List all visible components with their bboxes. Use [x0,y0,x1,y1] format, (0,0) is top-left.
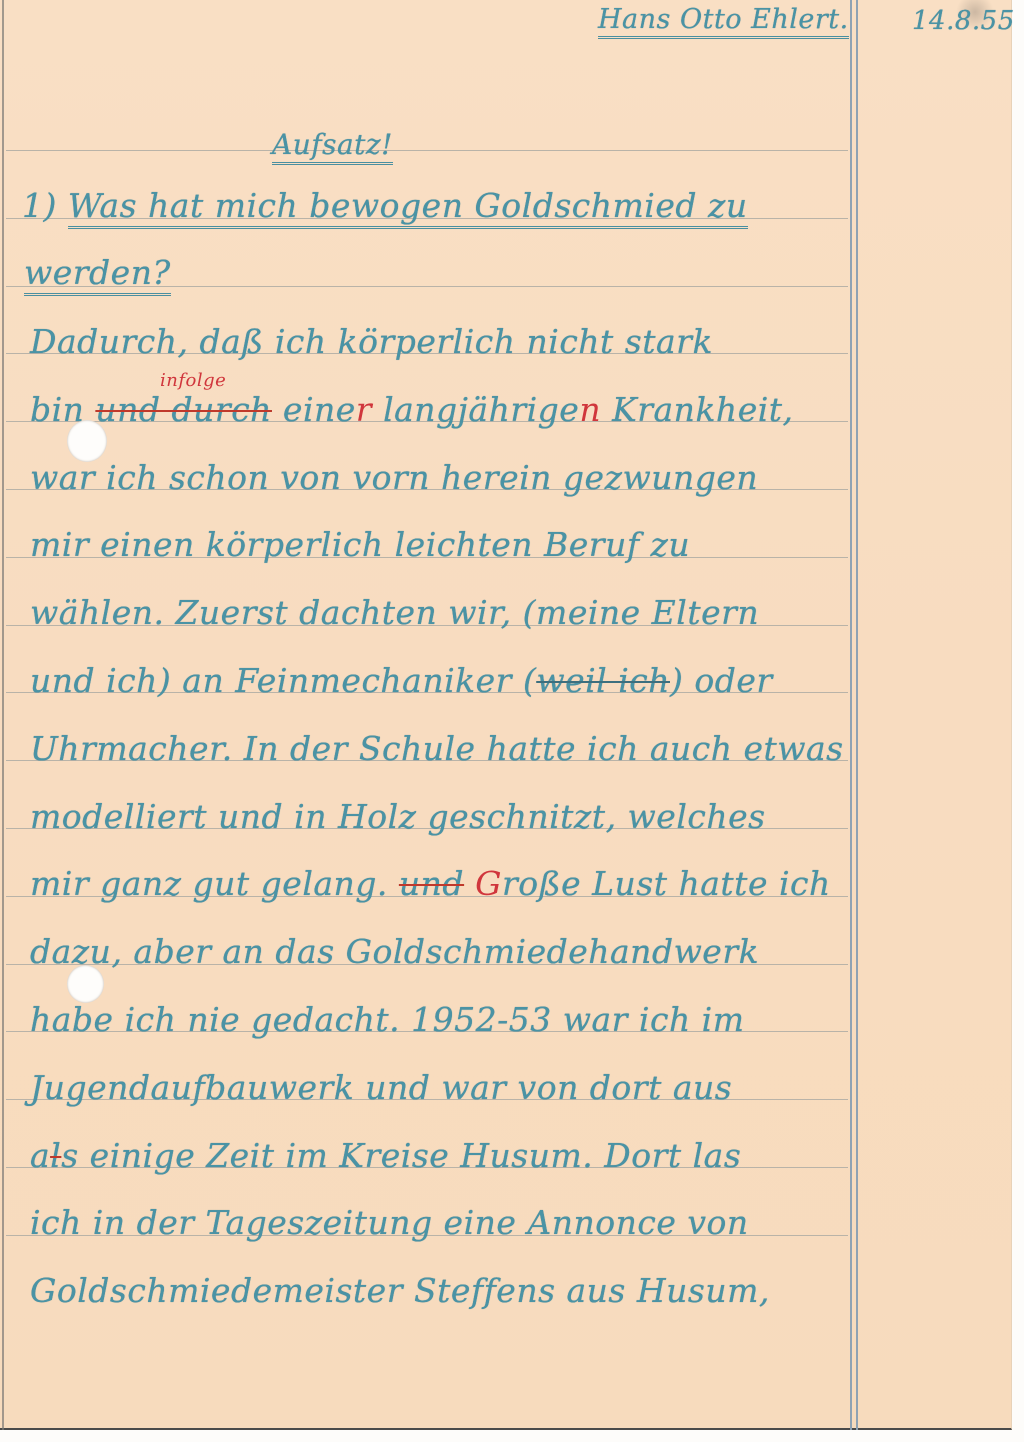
margin-line-inner [850,0,852,1430]
question-line-2: werden? [24,253,171,292]
paper-left-edge [2,0,4,1430]
question-line-1: 1) Was hat mich bewogen Goldschmied zu [22,186,748,225]
text-segment: langjährige [372,390,579,429]
text-segment: modelliert und in Holz geschnitzt, welch… [30,797,766,836]
essay-line: mir einen körperlich leichten Beruf zu [30,525,690,564]
question-number: 1) [22,186,57,225]
text-segment: s einige Zeit im Kreise Husum. Dort las [61,1136,741,1175]
correction-strike-red: und [399,864,464,903]
correction-red: G [475,864,502,903]
author-name-text: Hans Otto Ehlert. [598,4,849,39]
text-segment: Uhrmacher. In der Schule hatte ich auch … [30,729,844,768]
text-segment: mir einen körperlich leichten Beruf zu [30,525,690,564]
correction-strike: weil ich [536,661,670,700]
essay-line: Dadurch, daß ich körperlich nicht stark [30,322,713,361]
essay-line: Jugendaufbauwerk und war von dort aus [30,1068,732,1107]
teacher-correction-note: infolge [160,370,226,391]
essay-line: bin und durch einer langjährigen Krankhe… [30,390,794,429]
text-segment: dazu, aber an das Goldschmiedehandwerk [30,932,759,971]
margin-line-outer [856,0,858,1430]
correction-strike-red: und durch [95,390,272,429]
text-segment: mir ganz gut gelang. [30,864,399,903]
ruled-line [6,150,848,151]
essay-line: war ich schon von vorn herein gezwungen [30,458,758,497]
text-segment: Jugendaufbauwerk und war von dort aus [30,1068,732,1107]
essay-line: dazu, aber an das Goldschmiedehandwerk [30,932,759,971]
essay-line: modelliert und in Holz geschnitzt, welch… [30,797,766,836]
essay-line: mir ganz gut gelang. und Große Lust hatt… [30,864,831,903]
essay-line: Goldschmiedemeister Steffens aus Husum, [30,1271,770,1310]
text-segment: Krankheit, [601,390,793,429]
paper-sheet: Hans Otto Ehlert. 14.8.55 Aufsatz! 1) Wa… [0,0,1012,1430]
text-segment: und ich) an Feinmechaniker ( [30,661,536,700]
text-segment: a [30,1136,50,1175]
essay-line: habe ich nie gedacht. 1952-53 war ich im [30,1000,745,1039]
question-text-1: Was hat mich bewogen Goldschmied zu [68,186,748,229]
text-segment [464,864,475,903]
document-title: Aufsatz! [272,128,393,161]
text-segment: wählen. Zuerst dachten wir, (meine Elter… [30,593,759,632]
text-segment: roße Lust hatte ich [502,864,831,903]
text-segment: eine [272,390,356,429]
text-segment: ich in der Tageszeitung eine Annonce von [30,1203,749,1242]
text-segment: Dadurch, daß ich körperlich nicht stark [30,322,713,361]
correction-red: r [356,390,372,429]
text-segment: ) oder [670,661,773,700]
text-segment: bin [30,390,95,429]
date: 14.8.55 [912,6,1015,36]
author-name: Hans Otto Ehlert. [598,4,849,35]
essay-line: wählen. Zuerst dachten wir, (meine Elter… [30,593,759,632]
essay-line: ich in der Tageszeitung eine Annonce von [30,1203,749,1242]
correction-strike-red: l [50,1136,61,1175]
essay-line: als einige Zeit im Kreise Husum. Dort la… [30,1136,741,1175]
essay-line: Uhrmacher. In der Schule hatte ich auch … [30,729,844,768]
document-title-text: Aufsatz! [272,128,393,165]
question-text-2: werden? [24,253,171,296]
text-segment: habe ich nie gedacht. 1952-53 war ich im [30,1000,745,1039]
text-segment: Goldschmiedemeister Steffens aus Husum, [30,1271,770,1310]
text-segment: war ich schon von vorn herein gezwungen [30,458,758,497]
correction-red: n [579,390,601,429]
essay-line: und ich) an Feinmechaniker (weil ich) od… [30,661,773,700]
